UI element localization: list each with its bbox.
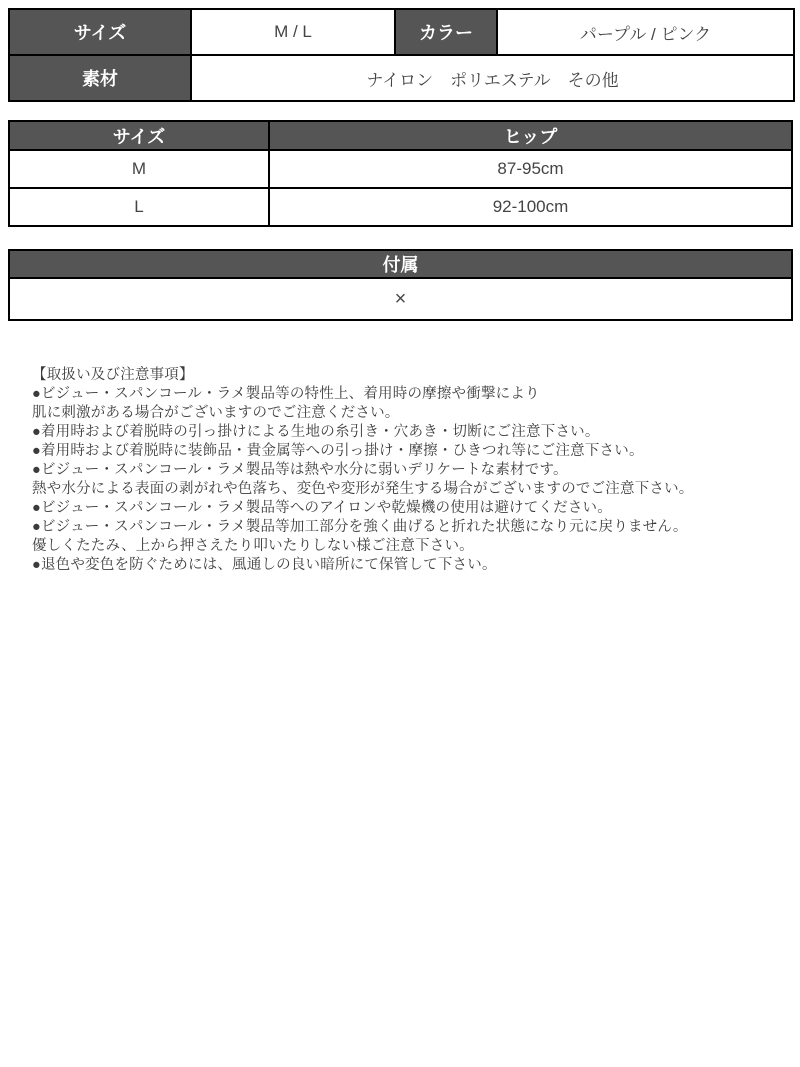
care-note-line: ●着用時および着脱時の引っ掛けによる生地の糸引き・穴あき・切断にご注意下さい。 [32,423,772,442]
spec-size-value: M / L [191,9,395,55]
measurement-hip-l: 92-100cm [269,188,792,226]
measurement-table: サイズ ヒップ M 87-95cm L 92-100cm [8,120,793,227]
accessory-header: 付属 [9,250,792,278]
table-row: M 87-95cm [9,150,792,188]
measurement-hip-m: 87-95cm [269,150,792,188]
accessory-value: × [9,278,792,320]
spec-table-row-1: サイズ M / L カラー パープル / ピンク [9,9,794,55]
spec-table-row-2: 素材 ナイロン ポリエステル その他 [9,55,794,101]
care-notes: 【取扱い及び注意事項】 ●ビジュー・スパンコール・ラメ製品等の特性上、着用時の摩… [32,366,772,575]
product-detail-page: サイズ M / L カラー パープル / ピンク 素材 ナイロン ポリエステル … [0,0,800,1067]
spec-table: サイズ M / L カラー パープル / ピンク 素材 ナイロン ポリエステル … [8,8,795,102]
measurement-size-m: M [9,150,269,188]
table-row: L 92-100cm [9,188,792,226]
care-note-line: ●ビジュー・スパンコール・ラメ製品等加工部分を強く曲げると折れた状態になり元に戻… [32,518,772,537]
care-note-line: 肌に刺激がある場合がございますのでご注意ください。 [32,404,772,423]
spec-color-label: カラー [395,9,497,55]
care-note-line: ●ビジュー・スパンコール・ラメ製品等へのアイロンや乾燥機の使用は避けてください。 [32,499,772,518]
care-note-line: ●着用時および着脱時に装飾品・貴金属等への引っ掛け・摩擦・ひきつれ等にご注意下さ… [32,442,772,461]
spec-color-value: パープル / ピンク [497,9,794,55]
table-row: × [9,278,792,320]
care-note-line: ●ビジュー・スパンコール・ラメ製品等の特性上、着用時の摩擦や衝撃により [32,385,772,404]
care-note-line: ●ビジュー・スパンコール・ラメ製品等は熱や水分に弱いデリケートな素材です。 [32,461,772,480]
measurement-hip-header: ヒップ [269,121,792,150]
care-notes-title: 【取扱い及び注意事項】 [32,366,772,385]
accessory-header-row: 付属 [9,250,792,278]
measurement-header-row: サイズ ヒップ [9,121,792,150]
measurement-size-header: サイズ [9,121,269,150]
accessory-table: 付属 × [8,249,793,321]
measurement-size-l: L [9,188,269,226]
care-note-line: ●退色や変色を防ぐためには、風通しの良い暗所にて保管して下さい。 [32,556,772,575]
care-note-line: 優しくたたみ、上から押さえたり叩いたりしない様ご注意下さい。 [32,537,772,556]
spec-size-label: サイズ [9,9,191,55]
spec-material-label: 素材 [9,55,191,101]
spec-material-value: ナイロン ポリエステル その他 [191,55,794,101]
care-note-line: 熱や水分による表面の剥がれや色落ち、変色や変形が発生する場合がございますのでご注… [32,480,772,499]
